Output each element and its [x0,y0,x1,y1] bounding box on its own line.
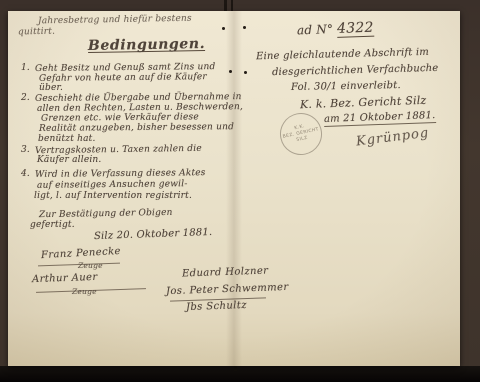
witness-role: Zeuge [72,287,97,297]
court-stamp: K.K. BEZ. GERICHT SILZ [276,109,326,159]
handwriting-line: auf einseitiges Ansuchen gewil- [37,179,188,191]
handwriting-line: Wird in die Verfassung dieses Aktes [35,168,206,180]
handwriting-line: Gefahr von heute an auf die Käufer [39,72,207,84]
stamp-text: SILZ [296,136,308,144]
backdrop-bottom-strip [0,366,480,382]
witness-signature: Arthur Auer [32,273,98,285]
handwriting-line: Käufer allein. [37,155,102,165]
reference-prefix: ad N° [297,22,334,37]
reference-value: 4322 [337,20,374,38]
reference-number: ad N° 4322 [297,23,374,36]
item-number: 2. [21,93,30,103]
party-signature: Jos. Peter Schwemmer [166,283,289,297]
date-line: Silz 20. Oktober 1881. [94,228,213,242]
handwriting-line: Realität anzugeben, bisher besessen und [39,122,234,134]
closing-line: gefertigt. [30,220,75,230]
closing-line: Zur Bestätigung der Obigen [39,208,173,220]
manuscript-sheet: Jahresbetrag und hiefür bestens quittirt… [8,11,460,366]
handwriting-line: über. [39,83,63,93]
party-signature: Eduard Holzner [182,266,269,279]
date-line: am 21 Oktober 1881. [324,111,436,127]
ink-dot [229,70,232,73]
handwriting-line: ligt, l. auf Intervention registrirt. [34,191,192,201]
ink-dot [222,27,225,30]
official-signature: Kgrünpog [356,129,430,148]
handwriting-line: Fol. 30/1 einverleibt. [291,81,401,93]
court-line: K. k. Bez. Gericht Silz [300,96,427,110]
item-number: 3. [21,145,30,155]
conditions-heading: Bedingungen. [88,39,205,53]
intro-line: quittirt. [18,27,55,38]
handwriting-line: benützt hat. [38,134,96,144]
document-scan: Jahresbetrag und hiefür bestens quittirt… [0,0,480,382]
witness-signature: Franz Penecke [41,247,121,261]
item-number: 1. [21,63,30,73]
witness-role: Zeuge [78,261,103,271]
handwriting-line: diesgerichtlichen Verfachbuche [272,64,439,78]
ink-dot [243,26,246,29]
ink-dot [244,71,247,74]
party-signature: Jbs Schultz [186,301,247,313]
intro-line: Jahresbetrag und hiefür bestens [38,14,192,27]
handwriting-line: Eine gleichlautende Abschrift im [256,48,429,63]
item-number: 4. [21,169,30,179]
center-fold [226,11,242,366]
